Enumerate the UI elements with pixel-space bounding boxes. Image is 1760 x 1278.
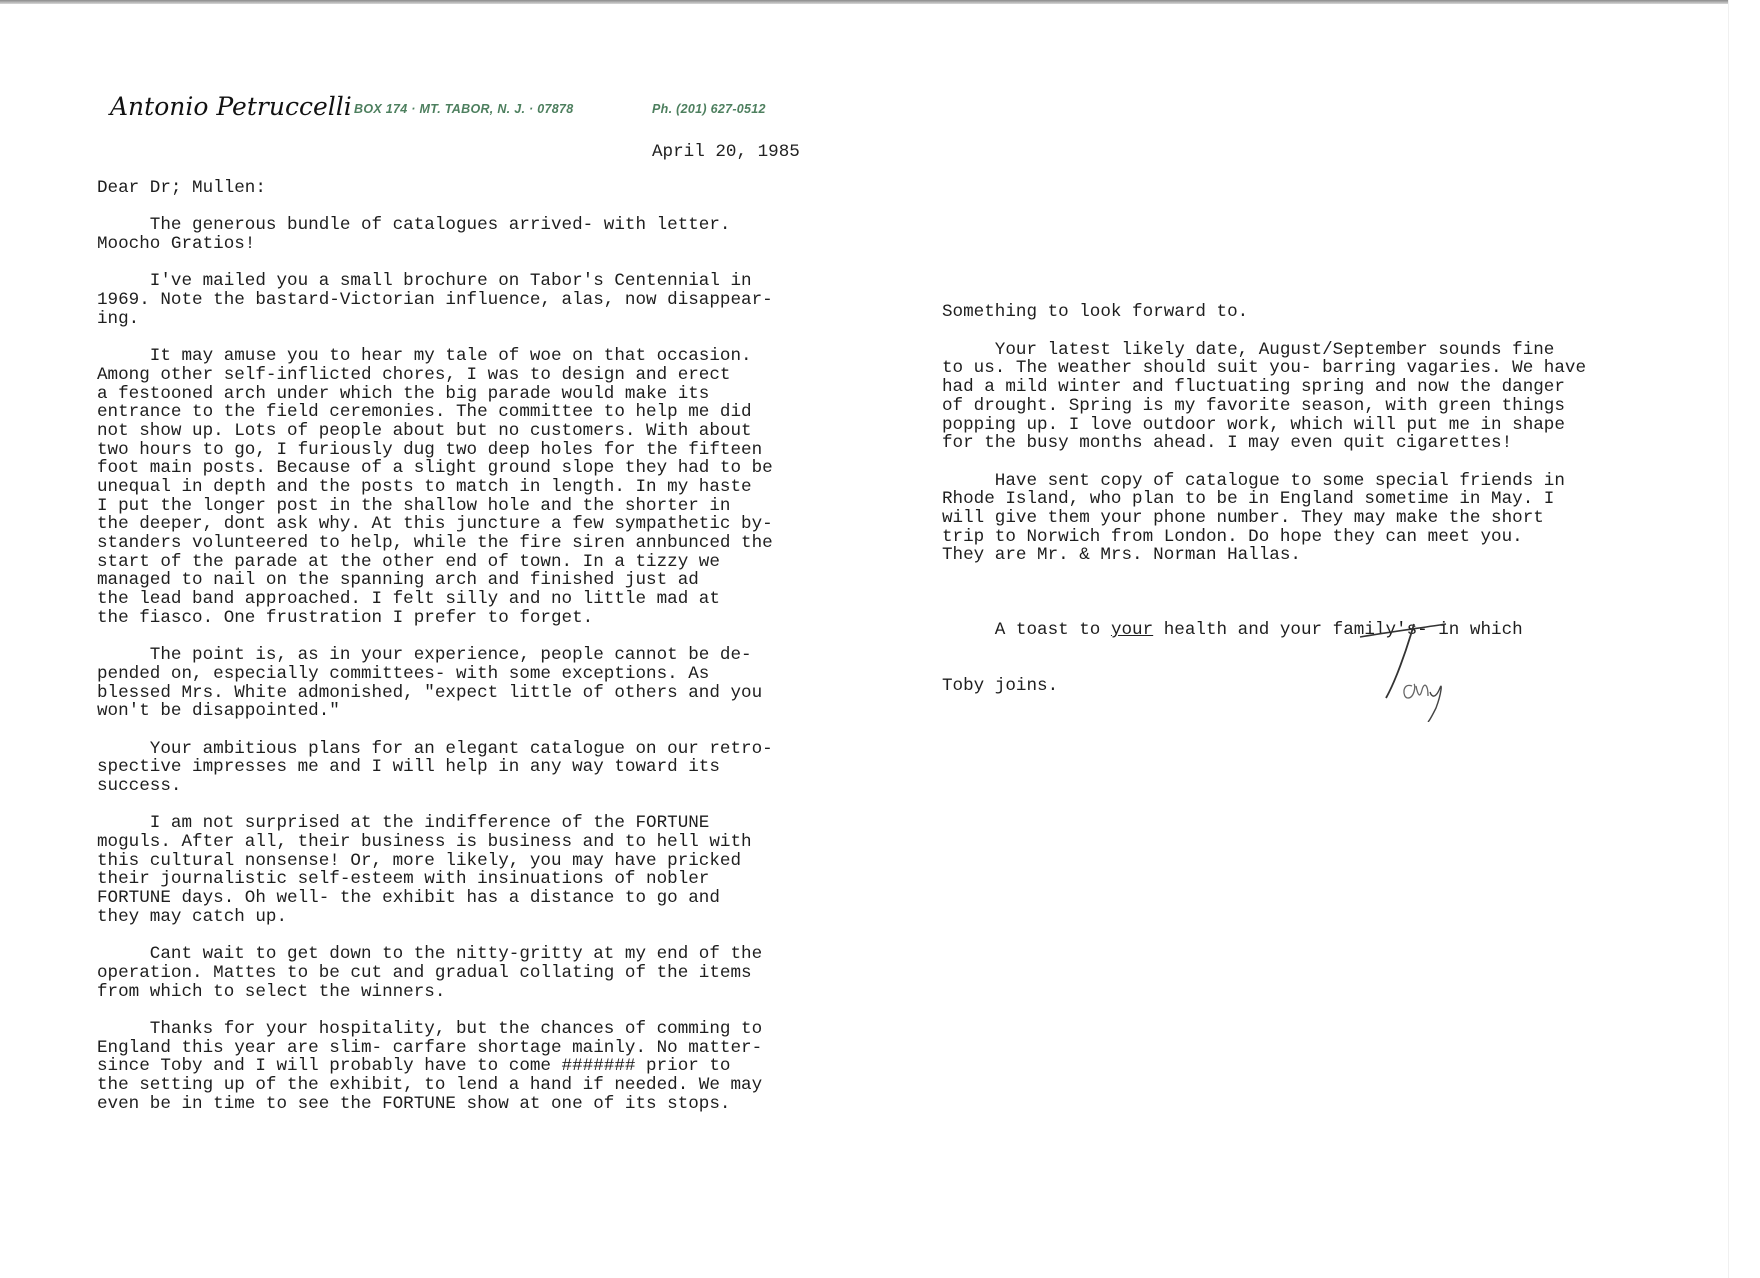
text-line: Something to look forward to. — [942, 303, 1586, 322]
blank-line — [942, 322, 1586, 341]
blank-line — [942, 453, 1586, 472]
text-line: will give them your phone number. They m… — [942, 509, 1586, 528]
text-line: unequal in depth and the posts to match … — [97, 478, 773, 497]
letterhead-name: Antonio Petruccelli — [110, 92, 352, 121]
text-line: not show up. Lots of people about but no… — [97, 422, 773, 441]
paper-show-through — [955, 870, 1655, 1100]
text-line: operation. Mattes to be cut and gradual … — [97, 964, 773, 983]
text-line: two hours to go, I furiously dug two dee… — [97, 441, 773, 460]
letterhead-phone: Ph. (201) 627-0512 — [652, 102, 766, 116]
blank-line — [97, 628, 773, 647]
toast-underlined-word: your — [1111, 620, 1153, 640]
text-line: managed to nail on the spanning arch and… — [97, 571, 773, 590]
text-line: Have sent copy of catalogue to some spec… — [942, 472, 1586, 491]
text-line: England this year are slim- carfare shor… — [97, 1039, 773, 1058]
text-line: blessed Mrs. White admonished, "expect l… — [97, 684, 773, 703]
text-line: I am not surprised at the indifference o… — [97, 814, 773, 833]
toast-suffix: health and your family's- in which — [1153, 620, 1523, 640]
blank-line — [97, 1001, 773, 1020]
text-line: It may amuse you to hear my tale of woe … — [97, 347, 773, 366]
text-line: trip to Norwich from London. Do hope the… — [942, 528, 1586, 547]
text-line: a festooned arch under which the big par… — [97, 385, 773, 404]
closing-line: Toby joins. — [942, 677, 1586, 696]
text-line: Your latest likely date, August/Septembe… — [942, 341, 1586, 360]
text-line: the deeper, dont ask why. At this junctu… — [97, 515, 773, 534]
text-line: had a mild winter and fluctuating spring… — [942, 378, 1586, 397]
text-line: The generous bundle of catalogues arrive… — [97, 216, 773, 235]
letterhead-address: BOX 174 · MT. TABOR, N. J. · 07878 — [354, 102, 574, 116]
page-top-edge — [0, 0, 1728, 4]
text-line: standers volunteered to help, while the … — [97, 534, 773, 553]
letter-date: April 20, 1985 — [652, 142, 800, 162]
text-line: even be in time to see the FORTUNE show … — [97, 1095, 773, 1114]
blank-line — [97, 198, 773, 217]
text-line: They are Mr. & Mrs. Norman Hallas. — [942, 546, 1586, 565]
text-line: I put the longer post in the shallow hol… — [97, 497, 773, 516]
blank-line — [942, 565, 1586, 584]
text-line: The point is, as in your experience, peo… — [97, 646, 773, 665]
text-line: this cultural nonsense! Or, more likely,… — [97, 852, 773, 871]
text-line: the setting up of the exhibit, to lend a… — [97, 1076, 773, 1095]
text-line: they may catch up. — [97, 908, 773, 927]
toast-prefix: A toast to — [942, 620, 1111, 640]
text-line: Among other self-inflicted chores, I was… — [97, 366, 773, 385]
text-line: success. — [97, 777, 773, 796]
text-line: since Toby and I will probably have to c… — [97, 1057, 773, 1076]
text-line: Rhode Island, who plan to be in England … — [942, 490, 1586, 509]
signature-tony: Tony — [1350, 612, 1460, 722]
blank-line — [97, 254, 773, 273]
text-line: popping up. I love outdoor work, which w… — [942, 416, 1586, 435]
text-line: for the busy months ahead. I may even qu… — [942, 434, 1586, 453]
right-column-paragraphs: Something to look forward to. Your lates… — [942, 303, 1586, 583]
text-line: from which to select the winners. — [97, 983, 773, 1002]
blank-line — [97, 796, 773, 815]
text-line: the lead band approached. I felt silly a… — [97, 590, 773, 609]
text-line: to us. The weather should suit you- barr… — [942, 359, 1586, 378]
text-line: of drought. Spring is my favorite season… — [942, 397, 1586, 416]
letter-body-left-column: Dear Dr; Mullen: The generous bundle of … — [97, 179, 773, 1113]
text-line: the fiasco. One frustration I prefer to … — [97, 609, 773, 628]
blank-line — [97, 927, 773, 946]
text-line: spective impresses me and I will help in… — [97, 758, 773, 777]
text-line: FORTUNE days. Oh well- the exhibit has a… — [97, 889, 773, 908]
text-line: 1969. Note the bastard-Victorian influen… — [97, 291, 773, 310]
page-right-margin — [1728, 0, 1760, 1278]
text-line: Thanks for your hospitality, but the cha… — [97, 1020, 773, 1039]
letter-body-right-column: Something to look forward to. Your lates… — [942, 266, 1586, 715]
blank-line — [97, 721, 773, 740]
text-line: pended on, especially committees- with s… — [97, 665, 773, 684]
text-line: I've mailed you a small brochure on Tabo… — [97, 272, 773, 291]
text-line: Cant wait to get down to the nitty-gritt… — [97, 945, 773, 964]
text-line: their journalistic self-esteem with insi… — [97, 870, 773, 889]
text-line: won't be disappointed." — [97, 702, 773, 721]
text-line: foot main posts. Because of a slight gro… — [97, 459, 773, 478]
text-line: Your ambitious plans for an elegant cata… — [97, 740, 773, 759]
blank-line — [97, 329, 773, 348]
text-line: entrance to the field ceremonies. The co… — [97, 403, 773, 422]
text-line: Dear Dr; Mullen: — [97, 179, 773, 198]
toast-line: A toast to your health and your family's… — [942, 621, 1586, 640]
text-line: moguls. After all, their business is bus… — [97, 833, 773, 852]
text-line: start of the parade at the other end of … — [97, 553, 773, 572]
text-line: Moocho Gratios! — [97, 235, 773, 254]
letterhead: Antonio Petruccelli BOX 174 · MT. TABOR,… — [110, 92, 810, 124]
text-line: ing. — [97, 310, 773, 329]
